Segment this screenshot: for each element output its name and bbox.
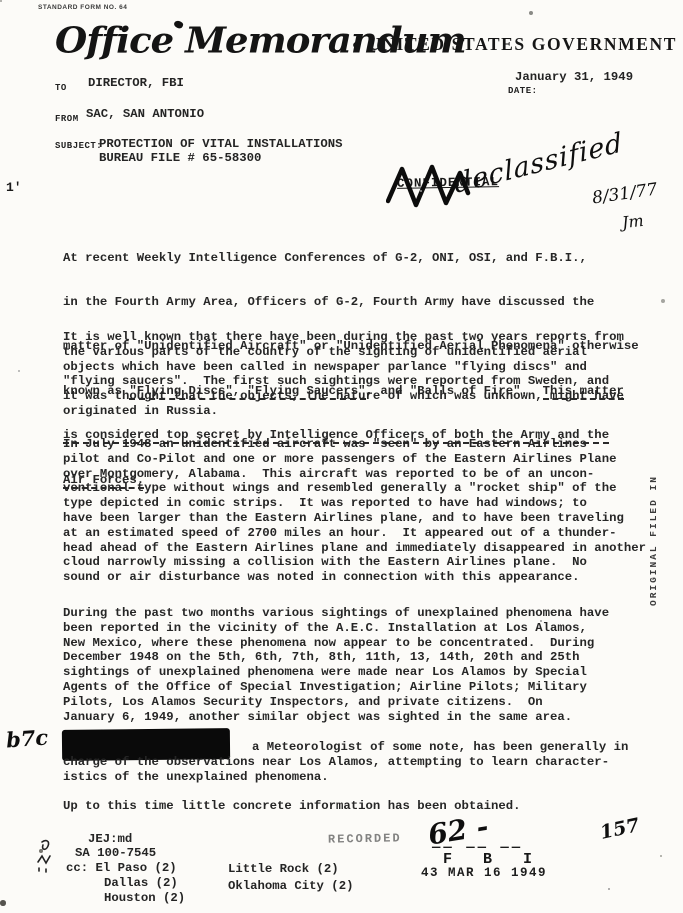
fbi-date-stamp: 43 MAR 16 1949 xyxy=(421,866,547,880)
subject-label: SUBJECT: xyxy=(55,141,102,151)
memo-paragraph-4: During the past two months various sight… xyxy=(63,606,653,724)
text-line: in the Fourth Army Area, Officers of G-2… xyxy=(63,295,653,310)
recorded-stamp: RECORDED xyxy=(328,831,402,846)
text-line: At recent Weekly Intelligence Conference… xyxy=(63,251,653,266)
memo-paragraph-5-line-2: charge of the observations near Los Alam… xyxy=(63,755,653,770)
from-value: SAC, SAN ANTONIO xyxy=(86,107,204,121)
cc-column-2: Little Rock (2) Oklahoma City (2) xyxy=(228,861,353,895)
date-value: January 31, 1949 xyxy=(515,70,633,84)
file-reference: SA 100-7545 xyxy=(75,846,156,861)
subject-line-1: PROTECTION OF VITAL INSTALLATIONS xyxy=(99,137,343,151)
date-label: DATE: xyxy=(508,86,538,96)
standard-form-number: STANDARD FORM NO. 64 xyxy=(38,4,127,11)
document-serial-handwriting: 157 xyxy=(598,814,641,844)
memo-paragraph-3: In July 1948 an unidentified aircraft wa… xyxy=(63,437,653,585)
b7c-exemption-mark: b7c xyxy=(5,725,49,753)
memo-document-page: STANDARD FORM NO. 64 Office Memorandum •… xyxy=(0,0,683,913)
cc-column-1: Dallas (2) Houston (2) xyxy=(104,876,185,906)
memo-paragraph-6: Up to this time little concrete informat… xyxy=(63,799,653,814)
typist-initials: JEJ:md xyxy=(88,832,132,847)
subject-line-2: BUREAU FILE # 65-58300 xyxy=(99,151,261,165)
memo-paragraph-5-line-1: a Meteorologist of some note, has been g… xyxy=(252,740,652,755)
to-value: DIRECTOR, FBI xyxy=(88,76,184,90)
title-separator-dot: • xyxy=(350,36,362,59)
declassified-date-handwriting: 8/31/77 xyxy=(591,180,659,209)
margin-tick-mark: 1' xyxy=(6,180,22,195)
memo-paragraph-5-line-3: istics of the unexplained phenomena. xyxy=(63,770,653,785)
vertical-filing-note: ORIGINAL FILED IN xyxy=(648,438,659,606)
cc-line: cc: El Paso (2) xyxy=(66,861,177,876)
to-label: TO xyxy=(55,83,67,93)
from-label: FROM xyxy=(55,114,79,124)
government-title: UNITED STATES GOVERNMENT xyxy=(368,34,677,55)
scan-speckles xyxy=(0,0,2,2)
memo-paragraph-2: It is well known that there have been du… xyxy=(63,330,653,419)
